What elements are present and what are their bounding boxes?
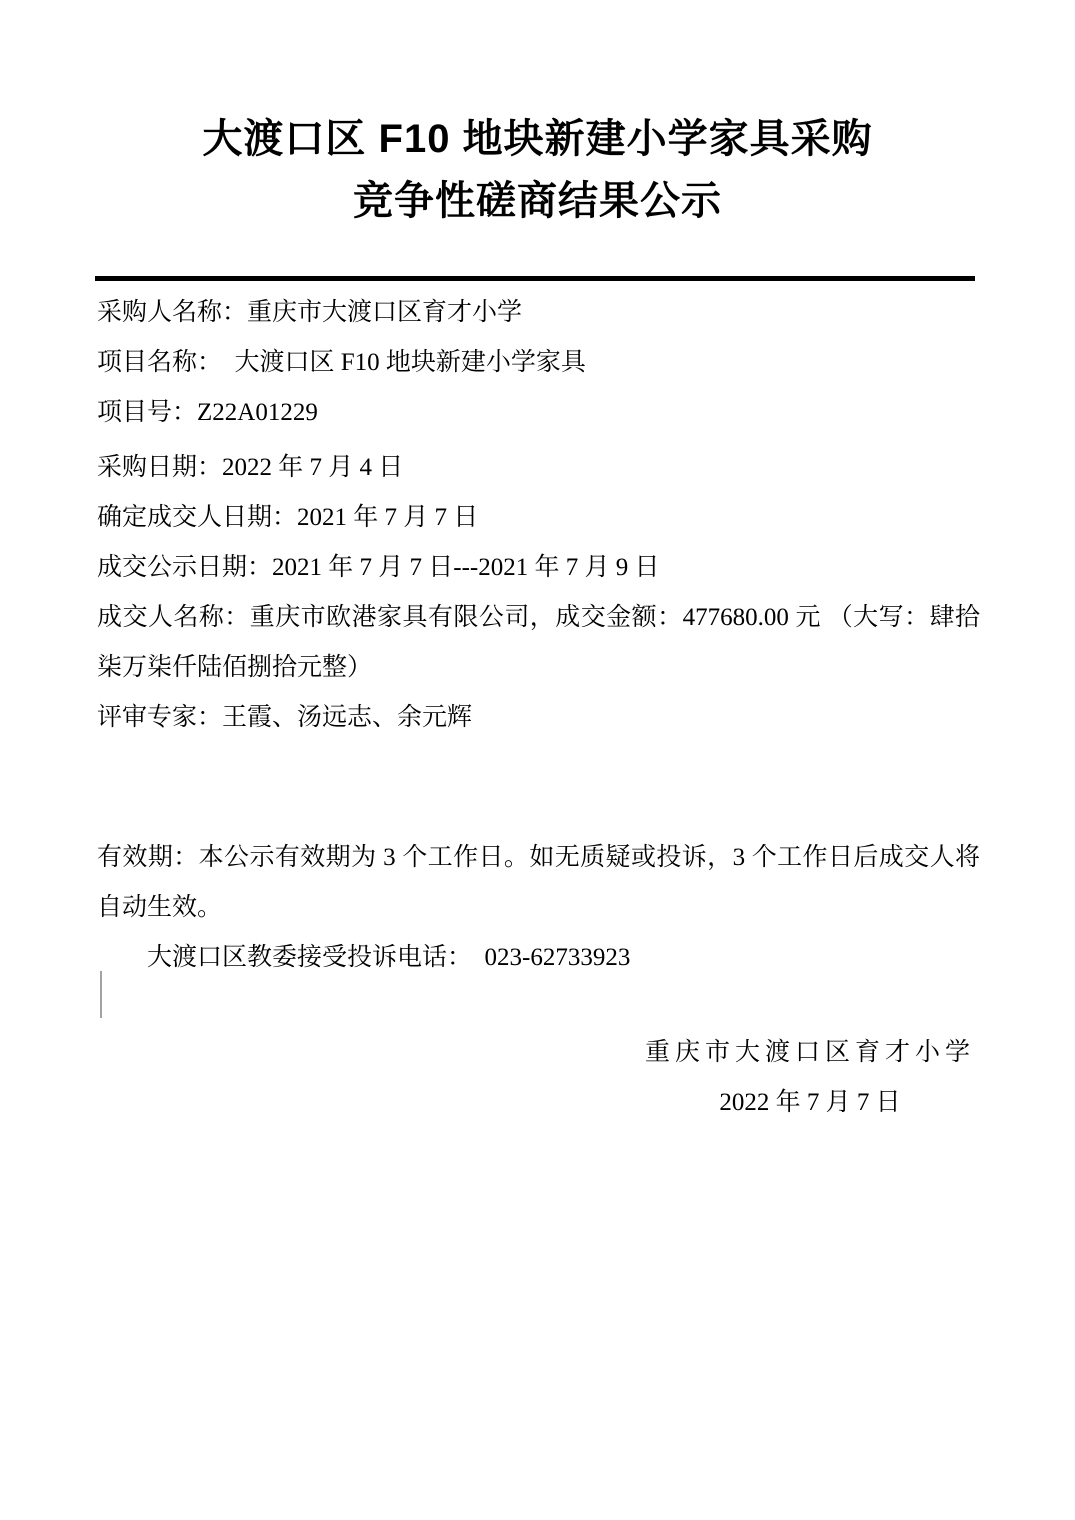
signature-block: 重庆市大渡口区育才小学 2022 年 7 月 7 日	[645, 1028, 975, 1128]
signature-org: 重庆市大渡口区育才小学	[645, 1028, 975, 1078]
project-number-line: 项目号：Z22A01229	[97, 388, 980, 438]
project-name-line: 项目名称： 大渡口区 F10 地块新建小学家具	[97, 338, 980, 388]
title-divider	[95, 276, 975, 281]
signature-date: 2022 年 7 月 7 日	[645, 1078, 975, 1128]
review-experts-line: 评审专家：王霞、汤远志、余元辉	[97, 693, 980, 743]
text-cursor-mark	[100, 971, 102, 1018]
complaint-phone-line: 大渡口区教委接受投诉电话： 023-62733923	[97, 933, 980, 983]
award-result-line: 成交人名称：重庆市欧港家具有限公司，成交金额：477680.00 元 （大写：肆…	[97, 593, 980, 693]
purchaser-name-line: 采购人名称：重庆市大渡口区育才小学	[97, 288, 980, 338]
title-line-2: 竞争性磋商结果公示	[0, 170, 1075, 232]
document-page: 大渡口区 F10 地块新建小学家具采购 竞争性磋商结果公示 采购人名称：重庆市大…	[0, 0, 1075, 1520]
title-line-1: 大渡口区 F10 地块新建小学家具采购	[0, 108, 1075, 170]
winner-confirm-date-line: 确定成交人日期：2021 年 7 月 7 日	[97, 493, 980, 543]
validity-paragraph: 有效期：本公示有效期为 3 个工作日。如无质疑或投诉，3 个工作日后成交人将自动…	[97, 833, 980, 933]
purchase-date-line: 采购日期：2022 年 7 月 4 日	[97, 443, 980, 493]
document-title: 大渡口区 F10 地块新建小学家具采购 竞争性磋商结果公示	[0, 108, 1075, 232]
announcement-period-line: 成交公示日期：2021 年 7 月 7 日---2021 年 7 月 9 日	[97, 543, 980, 593]
document-body: 采购人名称：重庆市大渡口区育才小学 项目名称： 大渡口区 F10 地块新建小学家…	[97, 288, 980, 983]
